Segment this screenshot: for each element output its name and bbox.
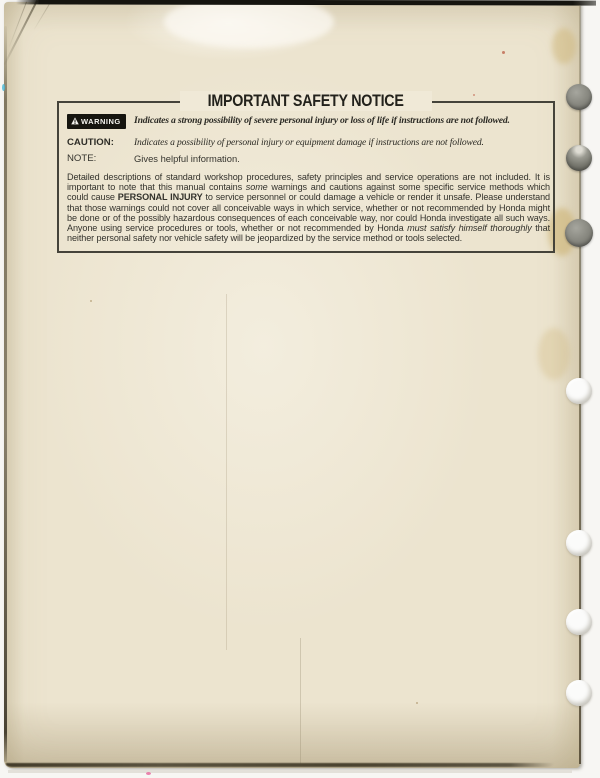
paragraph-segment: PERSONAL INJURY <box>118 192 203 202</box>
page-stain <box>164 0 334 48</box>
ink-speck <box>502 51 505 54</box>
notice-paragraph: Detailed descriptions of standard worksh… <box>67 172 550 243</box>
ink-speck <box>2 84 5 91</box>
scan-background: IMPORTANT SAFETY NOTICE WARNING Indicate… <box>0 0 600 778</box>
paragraph-segment: some <box>246 182 268 192</box>
ink-speck <box>146 772 151 775</box>
note-text: Gives helpful information. <box>134 153 240 164</box>
punch-hole <box>565 219 593 247</box>
warning-text: Indicates a strong possibility of severe… <box>134 115 510 126</box>
warning-badge: WARNING <box>67 114 126 129</box>
crease-mark <box>226 294 227 650</box>
punch-hole <box>566 530 592 556</box>
ink-speck <box>90 300 92 302</box>
punch-hole <box>566 680 592 706</box>
crease-mark <box>34 3 50 29</box>
page-left-edge <box>4 26 7 762</box>
warning-badge-label: WARNING <box>81 117 121 126</box>
crease-mark <box>4 0 38 65</box>
warning-row: WARNING <box>67 112 126 130</box>
note-label: NOTE: <box>67 153 96 164</box>
crease-mark <box>300 638 301 766</box>
punch-hole <box>566 145 592 171</box>
under-page-strip <box>8 770 572 773</box>
caution-text: Indicates a possibility of personal inju… <box>134 137 484 148</box>
warning-icon <box>71 117 79 125</box>
page-stain <box>538 328 570 380</box>
notice-box: IMPORTANT SAFETY NOTICE WARNING Indicate… <box>57 101 555 253</box>
page-bottom-edge <box>6 763 554 767</box>
page-stain <box>552 28 576 64</box>
page-title: IMPORTANT SAFETY NOTICE <box>59 91 553 111</box>
punch-hole <box>566 84 592 110</box>
punch-hole <box>566 378 592 404</box>
punch-hole <box>566 609 592 635</box>
paragraph-segment: must satisfy himself thoroughly <box>407 223 532 233</box>
caution-label: CAUTION: <box>67 137 114 148</box>
ink-speck <box>416 702 418 704</box>
